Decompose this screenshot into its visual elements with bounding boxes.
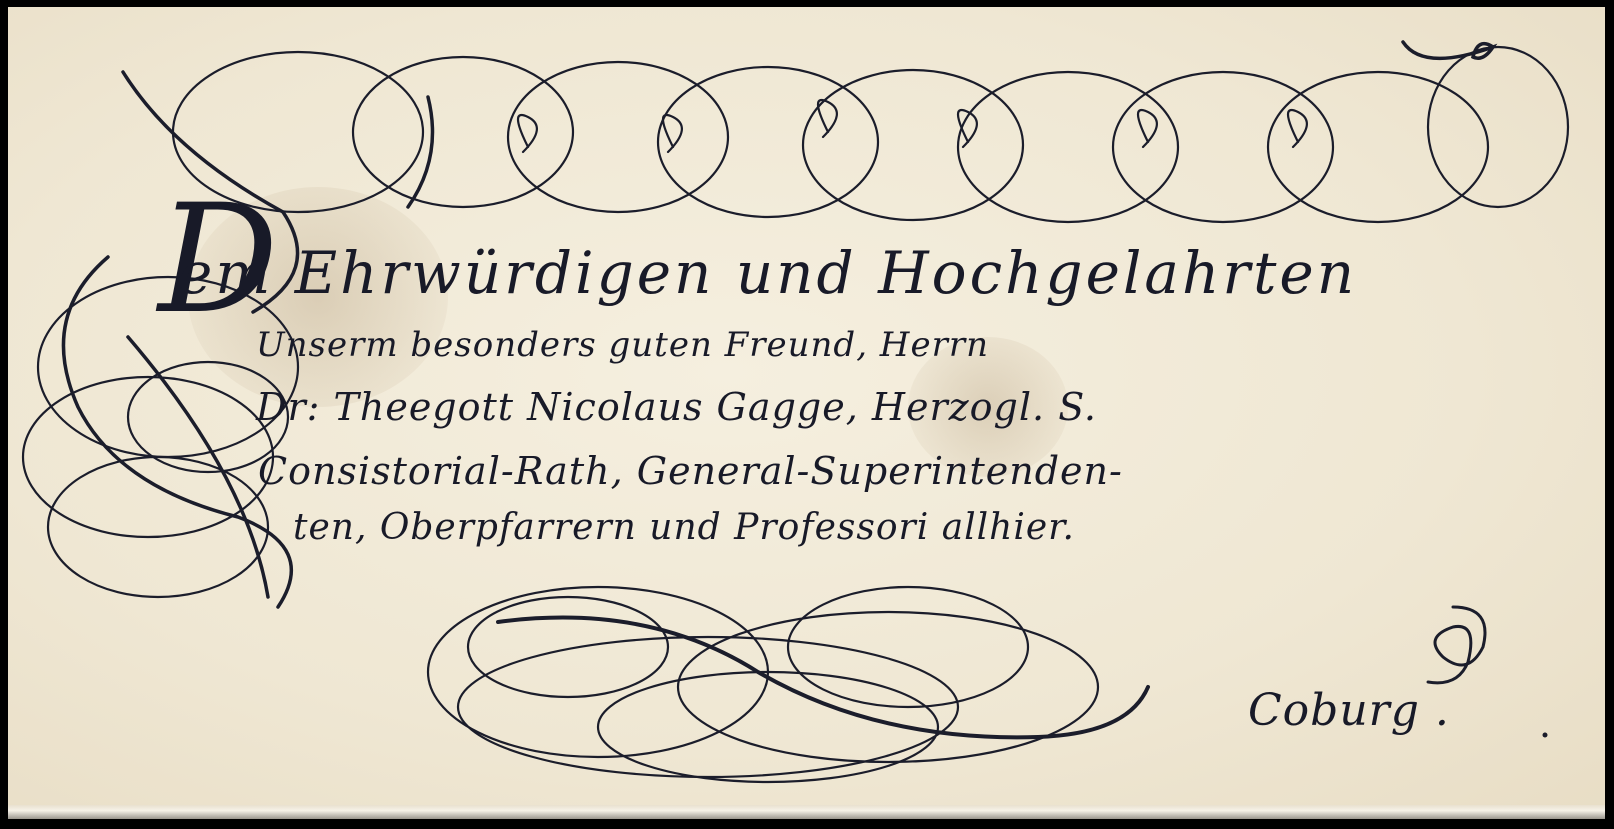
place-flourish: [1428, 607, 1485, 683]
address-line-2: Unserm besonders guten Freund, Herrn: [256, 325, 989, 365]
letter-cover: D em Ehrwürdigen und Hochgelahrten Unser…: [8, 7, 1605, 819]
bottom-flourish: [428, 587, 1148, 782]
address-line-3: Dr: Theegott Nicolaus Gagge, Herzogl. S.: [256, 385, 1097, 429]
top-loop-chain: [173, 42, 1568, 222]
destination-city: Coburg .: [1248, 685, 1450, 736]
address-line-1: em Ehrwürdigen und Hochgelahrten: [178, 239, 1357, 307]
black-frame: D em Ehrwürdigen und Hochgelahrten Unser…: [0, 0, 1614, 829]
address-line-5: ten, Oberpfarrern und Professori allhier…: [293, 507, 1075, 548]
address-line-4: Consistorial-Rath, General-Superintenden…: [258, 449, 1123, 493]
